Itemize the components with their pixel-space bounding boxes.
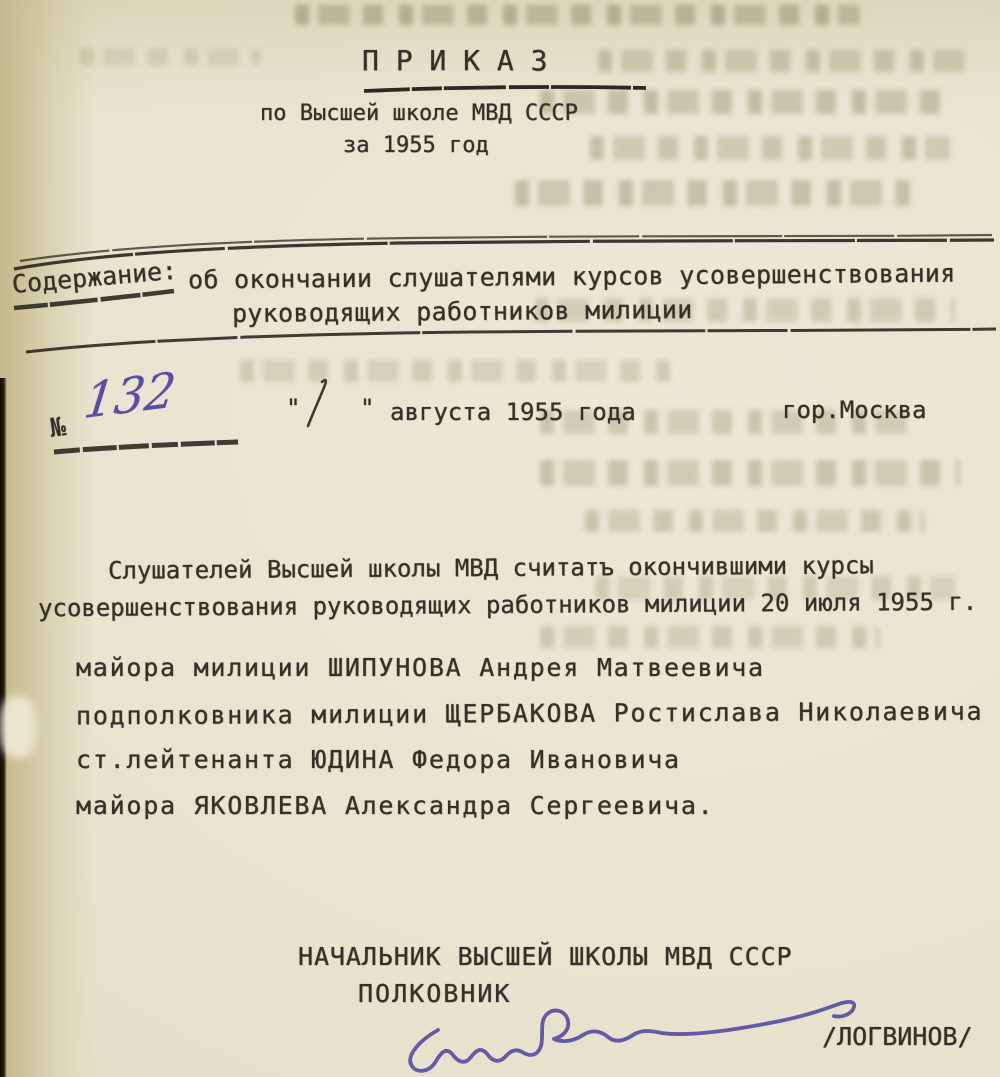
bleedthrough-text-ghost [585, 510, 925, 532]
body-line-2: усовершенствования руководящих работнико… [38, 588, 977, 623]
bleedthrough-text-ghost [540, 460, 960, 486]
body-line-1: Слушателей Высшей школы МВД считатъ окон… [108, 551, 874, 584]
date-text: августа 1955 года [390, 398, 636, 426]
bleedthrough-text-ghost [598, 50, 968, 72]
date-quote-close: " [360, 394, 374, 422]
bleedthrough-text-ghost [515, 180, 910, 206]
document-title: П Р И К А З [362, 44, 547, 77]
subject-label: Содержание: [11, 256, 178, 299]
scan-edge-strip [0, 378, 7, 1077]
paper-light-patch [0, 696, 36, 758]
graduate-line: ст.лейтенанта ЮДИНА Федора Ивановича [76, 745, 681, 774]
signer-position: НАЧАЛЬНИК ВЫСШЕЙ ШКОЛЫ МВД СССР [298, 942, 793, 971]
graduate-line: подполковника милиции ЩЕРБАКОВА Ростисла… [76, 697, 983, 731]
bleedthrough-text-ghost [80, 48, 260, 66]
bleedthrough-text-ghost [540, 90, 950, 114]
order-org-line: по Высшей школе МВД СССР [260, 101, 578, 126]
bleedthrough-text-ghost [295, 5, 860, 25]
subject-line-1: об окончании слушателями курсов усоверше… [188, 259, 956, 295]
signature-autograph [410, 1002, 854, 1071]
title-underline [364, 87, 646, 91]
graduate-line: майора милиции ШИПУНОВА Андрея Матвеевич… [76, 653, 765, 682]
date-quote-open: " [286, 394, 300, 422]
order-number-sign: № [48, 412, 68, 444]
order-number-underline [54, 442, 238, 452]
signer-rank: ПОЛКОВНИК [358, 979, 511, 1008]
scanned-order-page: П Р И К А З по Высшей школе МВД СССР за … [0, 0, 1000, 1077]
signer-surname: /ЛОГВИНОВ/ [822, 1022, 973, 1051]
place-text: гор.Москва [782, 396, 927, 424]
subject-line-2: руководящих работников милиции [232, 295, 693, 328]
rules-and-signature-layer [0, 0, 1000, 1077]
graduate-line: майора ЯКОВЛЕВА Александра Сергеевича. [76, 791, 714, 820]
order-year-line: за 1955 год [343, 133, 489, 158]
bleedthrough-text-ghost [240, 360, 670, 382]
bleedthrough-text-ghost [540, 626, 880, 648]
bleedthrough-text-ghost [590, 136, 950, 160]
subject-rule-bottom [26, 329, 996, 352]
order-number-handwritten: 132 [81, 362, 179, 430]
paper-left-edge-shade [0, 0, 95, 1077]
date-day-handwritten [308, 380, 326, 426]
